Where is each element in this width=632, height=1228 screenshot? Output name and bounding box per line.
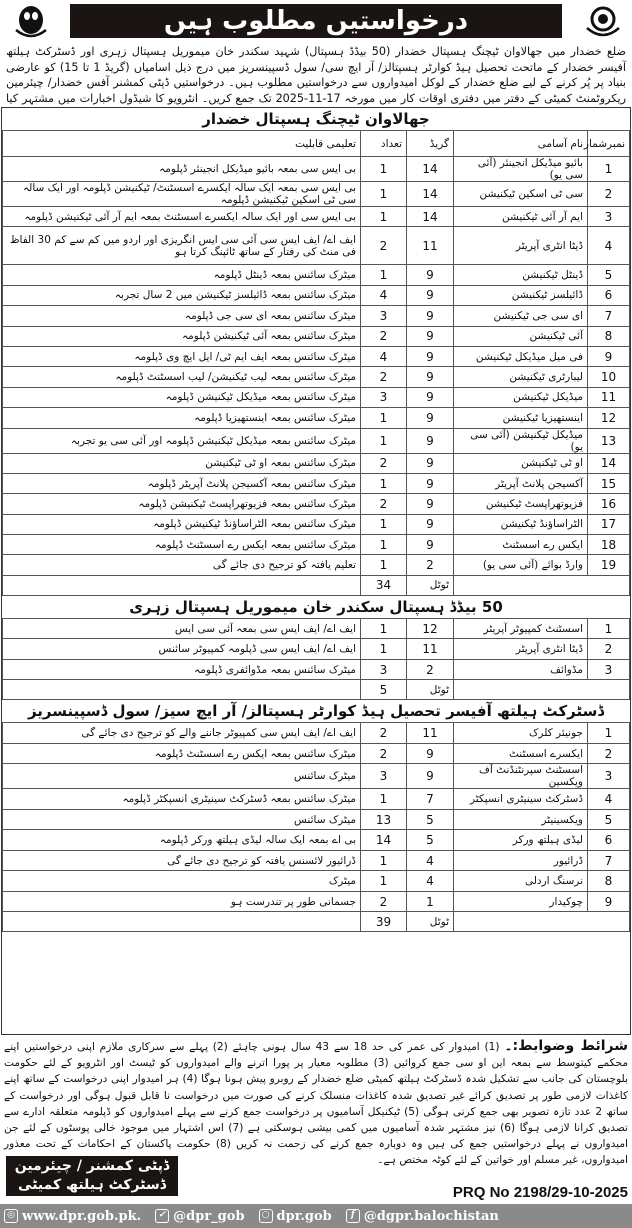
- cell-grade: 9: [407, 265, 454, 285]
- cell-sn: 2: [588, 182, 630, 207]
- cell-grade: 9: [407, 453, 454, 473]
- cell-sn: 16: [588, 494, 630, 514]
- table-row: 3ایم آر آئی ٹیکنیشن141بی ایس سی اور ایک …: [3, 207, 630, 227]
- cell-count: 1: [361, 428, 407, 453]
- cell-qual: بی ایس سی بمعہ ایک سالہ ایکسرے اسسٹنٹ/ ٹ…: [3, 182, 361, 207]
- cell-sn: 1: [588, 157, 630, 182]
- table-row: 3اسسٹنٹ سپرنٹنڈنٹ آف ویکسین93میٹرک سائنس: [3, 764, 630, 789]
- cell-name: نرسنگ اردلی: [454, 871, 588, 892]
- total-value: 39: [361, 912, 407, 932]
- cell-name: آئی ٹیکنیشن: [454, 326, 588, 346]
- cell-name: وارڈ بوائے (آئی سی یو): [454, 555, 588, 575]
- cell-sn: 4: [588, 789, 630, 810]
- cell-name: میڈیکل ٹیکنیشن: [454, 387, 588, 407]
- table-row: 6لیڈی ہیلتھ ورکر514بی اے بمعہ ایک سالہ ل…: [3, 830, 630, 851]
- column-header-count: تعداد: [361, 131, 407, 157]
- cell-qual: میٹرک سائنس بمعہ مڈوائفری ڈپلومہ: [3, 659, 361, 680]
- cell-qual: ایف اے/ ایف ایس سی آئی سی ایس انگریزی او…: [3, 227, 361, 265]
- cell-name: سی ٹی اسکین ٹیکنیشن: [454, 182, 588, 207]
- footer-instagram[interactable]: ○dpr.gob: [259, 1209, 332, 1224]
- vacancy-table: 1جونیئر کلرک112ایف اے/ ایف ایس سی کمپیوٹ…: [2, 722, 630, 932]
- section-title: ڈسٹرکٹ ہیلتھ آفیسر تحصیل ہیڈ کوارٹر ہسپت…: [2, 700, 630, 722]
- cell-count: 2: [361, 494, 407, 514]
- cell-grade: 7: [407, 789, 454, 810]
- cell-name: میڈیکل ٹیکنیشن (آئی سی یو): [454, 428, 588, 453]
- cell-count: 2: [361, 227, 407, 265]
- cell-name: اینستھیزیا ٹیکنیشن: [454, 408, 588, 428]
- table-row: 11میڈیکل ٹیکنیشن93میٹرک سائنس بمعہ میڈیک…: [3, 387, 630, 407]
- table-row: 13میڈیکل ٹیکنیشن (آئی سی یو)91میٹرک سائن…: [3, 428, 630, 453]
- terms-and-conditions: شرائط وضوابط:۔ (1) امیدوار کی عمر کی حد …: [4, 1038, 628, 1169]
- cell-grade: 12: [407, 618, 454, 639]
- cell-sn: 7: [588, 306, 630, 326]
- cell-qual: میٹرک سائنس بمعہ میڈیکل ٹیکنیشن ڈپلومہ: [3, 387, 361, 407]
- cell-qual: میٹرک سائنس بمعہ آکسیجن پلانٹ آپریٹر ڈپل…: [3, 473, 361, 493]
- cell-count: 2: [361, 453, 407, 473]
- table-row: 8نرسنگ اردلی41میٹرک: [3, 871, 630, 892]
- cell-name: ایکس رے اسسٹنٹ: [454, 535, 588, 555]
- cell-grade: 4: [407, 850, 454, 871]
- cell-name: فزیوتھراپسٹ ٹیکنیشن: [454, 494, 588, 514]
- cell-count: 3: [361, 306, 407, 326]
- cell-grade: 5: [407, 809, 454, 830]
- cell-name: اسسٹنٹ سپرنٹنڈنٹ آف ویکسین: [454, 764, 588, 789]
- cell-sn: 6: [588, 285, 630, 305]
- cell-grade: 14: [407, 157, 454, 182]
- cell-sn: 14: [588, 453, 630, 473]
- cell-grade: 9: [407, 387, 454, 407]
- cell-sn: 9: [588, 346, 630, 366]
- table-row: 10لیبارٹری ٹیکنیشن92میٹرک سائنس بمعہ لیب…: [3, 367, 630, 387]
- table-row: 4ڈسٹرکٹ سینیٹری انسپکٹر71میٹرک سائنس بمع…: [3, 789, 630, 810]
- facebook-icon: f: [346, 1209, 360, 1223]
- cell-qual: بی ایس سی بمعہ بائیو میڈیکل انجینئر ڈپلو…: [3, 157, 361, 182]
- cell-name: لیبارٹری ٹیکنیشن: [454, 367, 588, 387]
- table-row: 6ڈائیلسز ٹیکنیشن94میٹرک سائنس بمعہ ڈائیل…: [3, 285, 630, 305]
- cell-grade: 11: [407, 723, 454, 744]
- section-title: جھالاوان ٹیچنگ ہسپتال خضدار: [2, 108, 630, 130]
- cell-count: 1: [361, 157, 407, 182]
- cell-grade: 9: [407, 428, 454, 453]
- cell-count: 4: [361, 346, 407, 366]
- cell-grade: 9: [407, 494, 454, 514]
- cell-count: 2: [361, 743, 407, 764]
- cell-sn: 9: [588, 891, 630, 912]
- cell-count: 3: [361, 764, 407, 789]
- cell-name: او ٹی ٹیکنیشن: [454, 453, 588, 473]
- total-value: 5: [361, 680, 407, 700]
- cell-qual: میٹرک سائنس بمعہ آئی ٹیکنیشن ڈپلومہ: [3, 326, 361, 346]
- cell-name: اسسٹنٹ کمپیوٹر آپریٹر: [454, 618, 588, 639]
- cell-sn: 13: [588, 428, 630, 453]
- cell-qual: ڈرائیور لائسنس یافتہ کو ترجیح دی جائے گی: [3, 850, 361, 871]
- cell-grade: 11: [407, 639, 454, 660]
- table-row: 1جونیئر کلرک112ایف اے/ ایف ایس سی کمپیوٹ…: [3, 723, 630, 744]
- table-row: 14او ٹی ٹیکنیشن92میٹرک سائنس بمعہ او ٹی …: [3, 453, 630, 473]
- cell-count: 1: [361, 789, 407, 810]
- cell-name: ڈیٹا انٹری آپریٹر: [454, 227, 588, 265]
- cell-sn: 10: [588, 367, 630, 387]
- cell-grade: 9: [407, 743, 454, 764]
- footer-website[interactable]: ◎www.dpr.gob.pk.: [4, 1209, 141, 1224]
- table-row: 5ویکسینیٹر513میٹرک سائنس: [3, 809, 630, 830]
- cell-count: 1: [361, 473, 407, 493]
- column-header-name: نام آسامی: [454, 131, 588, 157]
- cell-count: 3: [361, 387, 407, 407]
- cell-qual: میٹرک سائنس بمعہ ایف ایم ٹی/ ایل ایچ وی …: [3, 346, 361, 366]
- cell-qual: میٹرک سائنس بمعہ فزیوتھراپسٹ ٹیکنیشن ڈپل…: [3, 494, 361, 514]
- intro-paragraph: ضلع خضدار میں جھالاوان ٹیچنگ ہسپتال خضدا…: [0, 44, 632, 107]
- table-row: 2سی ٹی اسکین ٹیکنیشن141بی ایس سی بمعہ ای…: [3, 182, 630, 207]
- cell-sn: 1: [588, 618, 630, 639]
- cell-grade: 5: [407, 830, 454, 851]
- emblem-logo-right-icon: [582, 2, 624, 42]
- cell-sn: 6: [588, 830, 630, 851]
- total-row: ٹوٹل34: [3, 575, 630, 595]
- cell-count: 3: [361, 659, 407, 680]
- emblem-logo-left-icon: [10, 2, 52, 42]
- cell-sn: 17: [588, 514, 630, 534]
- cell-name: جونیئر کلرک: [454, 723, 588, 744]
- footer-twitter[interactable]: ✓@dpr_gob: [155, 1209, 244, 1224]
- cell-sn: 3: [588, 207, 630, 227]
- cell-qual: بی اے بمعہ ایک سالہ لیڈی ہیلتھ ورکر ڈپلو…: [3, 830, 361, 851]
- cell-grade: 2: [407, 659, 454, 680]
- cell-grade: 2: [407, 555, 454, 575]
- cell-grade: 1: [407, 891, 454, 912]
- cell-count: 14: [361, 830, 407, 851]
- column-header-sn: نمبرشمار: [588, 131, 630, 157]
- cell-name: آکسیجن پلانٹ آپریٹر: [454, 473, 588, 493]
- section-title: 50 بیڈڈ ہسپتال سکندر خان میموریل ہسپتال …: [2, 596, 630, 618]
- cell-qual: میٹرک سائنس بمعہ اینستھیزیا ڈپلومہ: [3, 408, 361, 428]
- cell-count: 1: [361, 555, 407, 575]
- total-row: ٹوٹل5: [3, 680, 630, 700]
- cell-grade: 14: [407, 207, 454, 227]
- cell-name: ڈرائیور: [454, 850, 588, 871]
- table-row: 2ایکسرے اسسٹنٹ92میٹرک سائنس بمعہ ایکس رے…: [3, 743, 630, 764]
- instagram-icon: ○: [259, 1209, 273, 1223]
- cell-count: 1: [361, 535, 407, 555]
- cell-sn: 2: [588, 639, 630, 660]
- cell-count: 2: [361, 326, 407, 346]
- cell-name: الٹراساؤنڈ ٹیکنیشن: [454, 514, 588, 534]
- cell-name: ویکسینیٹر: [454, 809, 588, 830]
- cell-qual: میٹرک سائنس بمعہ ڈسٹرکٹ سینیٹری انسپکٹر …: [3, 789, 361, 810]
- table-row: 16فزیوتھراپسٹ ٹیکنیشن92میٹرک سائنس بمعہ …: [3, 494, 630, 514]
- cell-grade: 9: [407, 326, 454, 346]
- cell-sn: 3: [588, 659, 630, 680]
- total-label: ٹوٹل: [407, 912, 454, 932]
- cell-name: ایم آر آئی ٹیکنیشن: [454, 207, 588, 227]
- cell-count: 2: [361, 367, 407, 387]
- cell-count: 1: [361, 639, 407, 660]
- cell-grade: 9: [407, 535, 454, 555]
- cell-name: ای سی جی ٹیکنیشن: [454, 306, 588, 326]
- cell-name: ڈینٹل ٹیکنیشن: [454, 265, 588, 285]
- table-row: 12اینستھیزیا ٹیکنیشن91میٹرک سائنس بمعہ ا…: [3, 408, 630, 428]
- signature-line-1: ڈپٹی کمشنر / چیئرمین: [6, 1157, 178, 1176]
- cell-grade: 4: [407, 871, 454, 892]
- cell-sn: 5: [588, 265, 630, 285]
- page-title: درخواستیں مطلوب ہیں: [70, 4, 562, 38]
- cell-sn: 3: [588, 764, 630, 789]
- cell-sn: 19: [588, 555, 630, 575]
- cell-name: ڈسٹرکٹ سینیٹری انسپکٹر: [454, 789, 588, 810]
- cell-grade: 9: [407, 367, 454, 387]
- cell-qual: بی ایس سی اور ایک سالہ ایکسرے اسسٹنٹ بمع…: [3, 207, 361, 227]
- cell-count: 1: [361, 514, 407, 534]
- signature-block: ڈپٹی کمشنر / چیئرمین ڈسٹرکٹ ہیلتھ کمیٹی …: [6, 1156, 178, 1196]
- table-row: 7ڈرائیور41ڈرائیور لائسنس یافتہ کو ترجیح …: [3, 850, 630, 871]
- cell-count: 1: [361, 408, 407, 428]
- cell-count: 1: [361, 618, 407, 639]
- cell-qual: میٹرک سائنس بمعہ میڈیکل ٹیکنیشن ڈپلومہ ا…: [3, 428, 361, 453]
- cell-qual: تعلیم یافتہ کو ترجیح دی جائے گی: [3, 555, 361, 575]
- cell-grade: 9: [407, 408, 454, 428]
- cell-qual: ایف اے/ ایف ایس سی ڈپلومہ کمپیوٹر سائنس: [3, 639, 361, 660]
- terms-text: (1) امیدوار کی عمر کی حد 18 سے 43 سال ہو…: [4, 1041, 628, 1166]
- cell-qual: میٹرک سائنس بمعہ ایکس رے اسسٹنٹ ڈپلومہ: [3, 535, 361, 555]
- footer-facebook[interactable]: f@dgpr.balochistan: [346, 1209, 499, 1224]
- cell-sn: 4: [588, 227, 630, 265]
- cell-count: 1: [361, 850, 407, 871]
- table-row: 18ایکس رے اسسٹنٹ91میٹرک سائنس بمعہ ایکس …: [3, 535, 630, 555]
- table-row: 4ڈیٹا انٹری آپریٹر112ایف اے/ ایف ایس سی …: [3, 227, 630, 265]
- cell-sn: 12: [588, 408, 630, 428]
- table-row: 17الٹراساؤنڈ ٹیکنیشن91میٹرک سائنس بمعہ ا…: [3, 514, 630, 534]
- cell-sn: 8: [588, 871, 630, 892]
- cell-name: لیڈی ہیلتھ ورکر: [454, 830, 588, 851]
- cell-count: 1: [361, 265, 407, 285]
- table-row: 5ڈینٹل ٹیکنیشن91میٹرک سائنس بمعہ ڈینٹل ڈ…: [3, 265, 630, 285]
- cell-name: فی میل میڈیکل ٹیکنیشن: [454, 346, 588, 366]
- cell-qual: میٹرک سائنس بمعہ ایکس رے اسسٹنٹ ڈپلومہ: [3, 743, 361, 764]
- cell-sn: 1: [588, 723, 630, 744]
- cell-qual: میٹرک سائنس بمعہ ڈینٹل ڈپلومہ: [3, 265, 361, 285]
- cell-count: 1: [361, 871, 407, 892]
- column-header-qual: تعلیمی قابلیت: [3, 131, 361, 157]
- cell-count: 1: [361, 182, 407, 207]
- cell-qual: ایف اے/ ایف ایس سی کمپیوٹر جاننے والے کو…: [3, 723, 361, 744]
- advertisement-page: درخواستیں مطلوب ہیں ضلع خضدار میں جھالاو…: [0, 0, 632, 1228]
- total-label: ٹوٹل: [407, 680, 454, 700]
- cell-sn: 5: [588, 809, 630, 830]
- prq-number: PRQ No 2198/29-10-2025: [453, 1184, 628, 1201]
- cell-name: ڈائیلسز ٹیکنیشن: [454, 285, 588, 305]
- cell-name: ڈیٹا انٹری آپریٹر: [454, 639, 588, 660]
- vacancy-table: نمبرشمارنام آسامیگریڈتعدادتعلیمی قابلیت1…: [2, 130, 630, 596]
- twitter-icon: ✓: [155, 1209, 169, 1223]
- cell-qual: میٹرک سائنس بمعہ او ٹی ٹیکنیشن: [3, 453, 361, 473]
- table-row: 2ڈیٹا انٹری آپریٹر111ایف اے/ ایف ایس سی …: [3, 639, 630, 660]
- cell-sn: 2: [588, 743, 630, 764]
- cell-qual: میٹرک سائنس بمعہ الٹراساؤنڈ ٹیکنیشن ڈپلو…: [3, 514, 361, 534]
- cell-sn: 8: [588, 326, 630, 346]
- cell-name: چوکیدار: [454, 891, 588, 912]
- cell-qual: ایف اے/ ایف ایس سی بمعہ آئی سی ایس: [3, 618, 361, 639]
- cell-count: 2: [361, 723, 407, 744]
- table-row: 1بائیو میڈیکل انجینئر (آئی سی یو)141بی ا…: [3, 157, 630, 182]
- total-label: ٹوٹل: [407, 575, 454, 595]
- total-value: 34: [361, 575, 407, 595]
- table-row: 9چوکیدار12جسمانی طور پر تندرست ہو: [3, 891, 630, 912]
- cell-qual: میٹرک سائنس: [3, 809, 361, 830]
- terms-heading: شرائط وضوابط:۔: [504, 1038, 628, 1054]
- cell-count: 2: [361, 891, 407, 912]
- cell-grade: 11: [407, 227, 454, 265]
- cell-grade: 14: [407, 182, 454, 207]
- cell-grade: 9: [407, 764, 454, 789]
- table-row: 8آئی ٹیکنیشن92میٹرک سائنس بمعہ آئی ٹیکنی…: [3, 326, 630, 346]
- cell-qual: جسمانی طور پر تندرست ہو: [3, 891, 361, 912]
- header: درخواستیں مطلوب ہیں: [0, 0, 632, 44]
- cell-qual: میٹرک سائنس بمعہ لیب ٹیکنیشن/ لیب اسسٹنٹ…: [3, 367, 361, 387]
- table-row: 9فی میل میڈیکل ٹیکنیشن94میٹرک سائنس بمعہ…: [3, 346, 630, 366]
- cell-name: ایکسرے اسسٹنٹ: [454, 743, 588, 764]
- table-row: 7ای سی جی ٹیکنیشن93میٹرک سائنس بمعہ ای س…: [3, 306, 630, 326]
- cell-sn: 7: [588, 850, 630, 871]
- globe-icon: ◎: [4, 1209, 18, 1223]
- vacancies-frame: جھالاوان ٹیچنگ ہسپتال خضدارنمبرشمارنام آ…: [1, 107, 631, 1035]
- cell-name: بائیو میڈیکل انجینئر (آئی سی یو): [454, 157, 588, 182]
- cell-count: 1: [361, 207, 407, 227]
- cell-sn: 11: [588, 387, 630, 407]
- cell-sn: 15: [588, 473, 630, 493]
- cell-grade: 9: [407, 346, 454, 366]
- table-row: 3مڈوائف23میٹرک سائنس بمعہ مڈوائفری ڈپلوم…: [3, 659, 630, 680]
- table-row: 15آکسیجن پلانٹ آپریٹر91میٹرک سائنس بمعہ …: [3, 473, 630, 493]
- cell-grade: 9: [407, 514, 454, 534]
- cell-grade: 9: [407, 306, 454, 326]
- cell-grade: 9: [407, 285, 454, 305]
- cell-qual: میٹرک سائنس: [3, 764, 361, 789]
- total-row: ٹوٹل39: [3, 912, 630, 932]
- cell-qual: میٹرک: [3, 871, 361, 892]
- footer-bar: ◎www.dpr.gob.pk. ✓@dpr_gob ○dpr.gob f@dg…: [0, 1204, 632, 1228]
- cell-count: 13: [361, 809, 407, 830]
- vacancy-table: 1اسسٹنٹ کمپیوٹر آپریٹر121ایف اے/ ایف ایس…: [2, 618, 630, 701]
- table-header-row: نمبرشمارنام آسامیگریڈتعدادتعلیمی قابلیت: [3, 131, 630, 157]
- column-header-grade: گریڈ: [407, 131, 454, 157]
- cell-qual: میٹرک سائنس بمعہ ای سی جی ڈپلومہ: [3, 306, 361, 326]
- cell-qual: میٹرک سائنس بمعہ ڈائیلسز ٹیکنیشن میں 2 س…: [3, 285, 361, 305]
- cell-grade: 9: [407, 473, 454, 493]
- cell-sn: 18: [588, 535, 630, 555]
- table-row: 19وارڈ بوائے (آئی سی یو)21تعلیم یافتہ کو…: [3, 555, 630, 575]
- table-row: 1اسسٹنٹ کمپیوٹر آپریٹر121ایف اے/ ایف ایس…: [3, 618, 630, 639]
- cell-name: مڈوائف: [454, 659, 588, 680]
- cell-count: 4: [361, 285, 407, 305]
